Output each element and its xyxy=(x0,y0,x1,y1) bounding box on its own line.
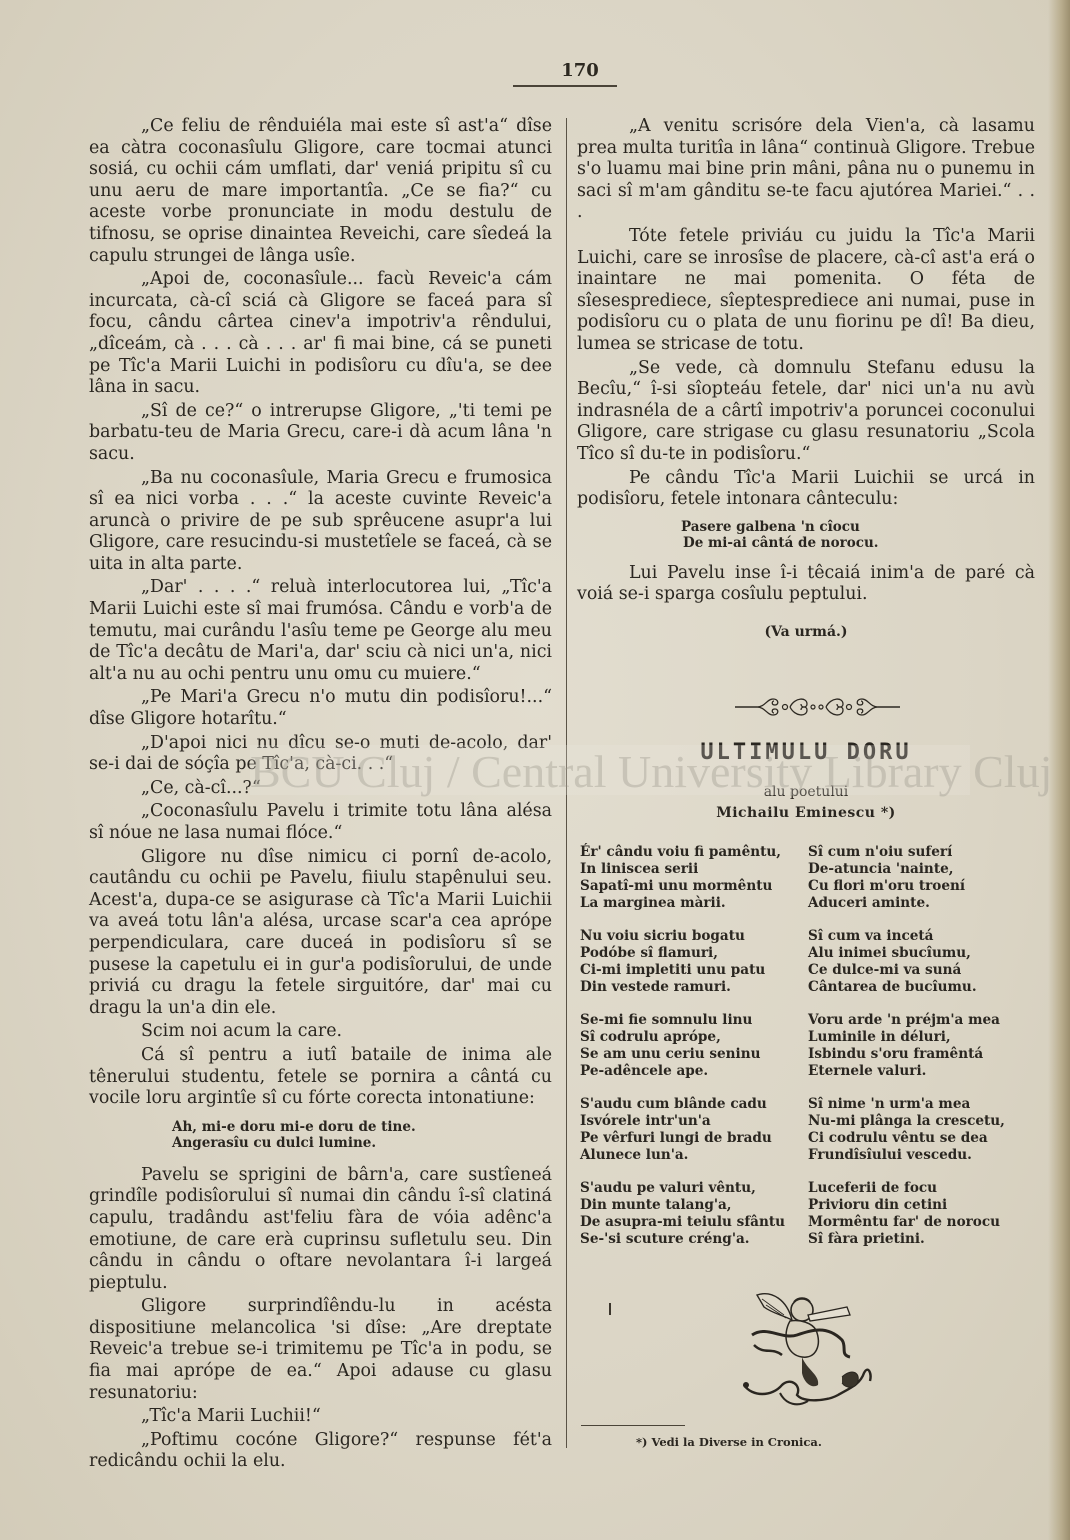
paragraph: „Dar' . . . .“ reluà interlocutorea lui,… xyxy=(89,577,552,685)
verse-line: Nu voiu sicriu bogatu xyxy=(580,928,808,945)
paragraph: Tóte fetele priviáu cu juidu la Tîc'a Ma… xyxy=(577,226,1035,356)
song-line: De mi-ai cântá de norocu. xyxy=(681,535,1035,551)
page-edge-shadow xyxy=(1048,0,1070,1540)
paragraph: „Se vede, cà domnulu Stefanu edusu la Be… xyxy=(577,358,1035,466)
left-column: „Ce feliu de rênduiéla mai este sî ast'a… xyxy=(89,116,552,1475)
song-line: Ah, mi-e doru mi-e doru de tine. xyxy=(172,1119,552,1135)
verse-line: Sî codrulu aprópe, xyxy=(580,1029,808,1046)
verse-line: Sî nime 'n urm'a mea xyxy=(808,1096,1036,1113)
verse-line: Din munte talang'a, xyxy=(580,1197,808,1214)
stanza: Se-mi fie somnulu linu Sî codrulu aprópe… xyxy=(580,1012,808,1080)
page-number-rule xyxy=(513,85,617,87)
paragraph: „D'apoi nici nu dîcu se-o muti de-acolo,… xyxy=(89,733,552,776)
stanza-row: Ér' cându voiu fi pamêntu, In liniscea s… xyxy=(580,844,1040,912)
scanned-page: 170 „Ce feliu de rênduiéla mai este sî a… xyxy=(0,0,1070,1540)
verse-line: Cu flori m'oru troení xyxy=(808,878,1036,895)
verse-line: Isvórele intr'un'a xyxy=(580,1113,808,1130)
stanza: Sî cum va incetá Alu inimei sbucîumu, Ce… xyxy=(808,928,1036,996)
verse-line: La marginea màrii. xyxy=(580,895,808,912)
scroll-ornament-icon xyxy=(735,693,900,721)
verse-line: Podóbe sî flamuri, xyxy=(580,945,808,962)
verse-line: Frundîsîului vescedu. xyxy=(808,1147,1036,1164)
verse-line: Se-'si scuture créng'a. xyxy=(580,1231,808,1248)
paragraph: Gligore surprindîêndu-lu in acésta dispo… xyxy=(89,1296,552,1404)
poem-stanzas: Ér' cându voiu fi pamêntu, In liniscea s… xyxy=(580,844,1040,1264)
paragraph: „Sî de ce?“ o intrerupse Gligore, „'ti t… xyxy=(89,401,552,466)
verse-line: Nu-mi plânga la crescetu, xyxy=(808,1113,1036,1130)
paragraph: „Ce, cà-cî...?“ xyxy=(89,778,552,800)
song-line: Angerasîu cu dulci lumine. xyxy=(172,1135,552,1151)
verse-line: Voru arde 'n préjm'a mea xyxy=(808,1012,1036,1029)
stanza-row: S'audu pe valuri vêntu, Din munte talang… xyxy=(580,1180,1040,1248)
verse-line: S'audu cum blânde cadu xyxy=(580,1096,808,1113)
song-line: Pasere galbena 'n cîocu xyxy=(681,519,1035,535)
stanza: S'audu cum blânde cadu Isvórele intr'un'… xyxy=(580,1096,808,1164)
cherub-trumpet-vignette-icon xyxy=(742,1285,892,1415)
verse-line: Sapatî-mi unu mormêntu xyxy=(580,878,808,895)
verse-line: Ci-mi impletiti unu patu xyxy=(580,962,808,979)
verse-line: Sî cum n'oiu suferí xyxy=(808,844,1036,861)
verse-line: Cântarea de bucîumu. xyxy=(808,979,1036,996)
verse-line: Pe-adêncele ape. xyxy=(580,1063,808,1080)
paragraph: Pavelu se sprigini de bârn'a, care sustî… xyxy=(89,1165,552,1295)
paragraph: „Ce feliu de rênduiéla mai este sî ast'a… xyxy=(89,116,552,267)
paragraph: „Ba nu coconasîule, Maria Grecu e frumos… xyxy=(89,468,552,576)
verse-line: Alu inimei sbucîumu, xyxy=(808,945,1036,962)
verse-line: Privioru din cetini xyxy=(808,1197,1036,1214)
song-quote: Pasere galbena 'n cîocu De mi-ai cântá d… xyxy=(577,519,1035,551)
paragraph: Gligore nu dîse nimicu ci pornî de-acolo… xyxy=(89,847,552,1020)
page-number: 170 xyxy=(540,60,620,81)
paragraph: Cá sî pentru a iutî bataile de inima ale… xyxy=(89,1045,552,1110)
stanza-row: S'audu cum blânde cadu Isvórele intr'un'… xyxy=(580,1096,1040,1164)
paragraph: „Coconasîulu Pavelu i trimite totu lâna … xyxy=(89,801,552,844)
stanza: Sî nime 'n urm'a mea Nu-mi plânga la cre… xyxy=(808,1096,1036,1164)
footnote: *) Vedi la Diverse in Cronica. xyxy=(636,1435,822,1449)
poem-author: Michailu Eminescu *) xyxy=(577,805,1035,821)
paragraph: Scim noi acum la care. xyxy=(89,1021,552,1043)
stanza: Sî cum n'oiu suferí De-atuncia 'nainte, … xyxy=(808,844,1036,912)
poem-subtitle: alu poetului xyxy=(577,784,1035,800)
verse-line: Sî cum va incetá xyxy=(808,928,1036,945)
verse-line: De-atuncia 'nainte, xyxy=(808,861,1036,878)
verse-line: Ér' cându voiu fi pamêntu, xyxy=(580,844,808,861)
stanza-row: Se-mi fie somnulu linu Sî codrulu aprópe… xyxy=(580,1012,1040,1080)
verse-line: Mormêntu far' de norocu xyxy=(808,1214,1036,1231)
stanza: Voru arde 'n préjm'a mea Luminile in dél… xyxy=(808,1012,1036,1080)
print-mark xyxy=(609,1303,611,1315)
paragraph: Pe cându Tîc'a Marii Luichii se urcá in … xyxy=(577,468,1035,511)
song-quote: Ah, mi-e doru mi-e doru de tine. Angeras… xyxy=(89,1119,552,1151)
paragraph: „A venitu scrisóre dela Vien'a, cà lasam… xyxy=(577,116,1035,224)
poem-title: ULTIMULU DORU xyxy=(577,740,1035,765)
paragraph: „Apoi de, coconasîule... facù Reveic'a c… xyxy=(89,269,552,399)
stanza: S'audu pe valuri vêntu, Din munte talang… xyxy=(580,1180,808,1248)
verse-line: Eternele valuri. xyxy=(808,1063,1036,1080)
verse-line: Din vestede ramuri. xyxy=(580,979,808,996)
verse-line: Aduceri aminte. xyxy=(808,895,1036,912)
verse-line: Luminile in déluri, xyxy=(808,1029,1036,1046)
verse-line: Pe vêrfuri lungi de bradu xyxy=(580,1130,808,1147)
column-divider xyxy=(566,118,567,1448)
paragraph: Lui Pavelu inse î-i têcaiá inim'a de par… xyxy=(577,563,1035,606)
verse-line: De asupra-mi teiulu sfântu xyxy=(580,1214,808,1231)
verse-line: Ci codrulu vêntu se dea xyxy=(808,1130,1036,1147)
verse-line: Luceferii de focu xyxy=(808,1180,1036,1197)
paragraph: „Tîc'a Marii Luchii!“ xyxy=(89,1406,552,1428)
verse-line: Alunece lun'a. xyxy=(580,1147,808,1164)
stanza: Luceferii de focu Privioru din cetini Mo… xyxy=(808,1180,1036,1248)
stanza: Nu voiu sicriu bogatu Podóbe sî flamuri,… xyxy=(580,928,808,996)
stanza-row: Nu voiu sicriu bogatu Podóbe sî flamuri,… xyxy=(580,928,1040,996)
verse-line: S'audu pe valuri vêntu, xyxy=(580,1180,808,1197)
verse-line: Se-mi fie somnulu linu xyxy=(580,1012,808,1029)
verse-line: Ce dulce-mi va suná xyxy=(808,962,1036,979)
verse-line: In liniscea serii xyxy=(580,861,808,878)
footnote-rule xyxy=(581,1425,685,1426)
continuation-note: (Va urmá.) xyxy=(577,622,1035,644)
paragraph: „Poftimu cocóne Gligore?“ respunse fét'a… xyxy=(89,1430,552,1473)
paragraph: „Pe Mari'a Grecu n'o mutu din podisîoru!… xyxy=(89,687,552,730)
stanza: Ér' cându voiu fi pamêntu, In liniscea s… xyxy=(580,844,808,912)
verse-line: Se am unu ceriu seninu xyxy=(580,1046,808,1063)
verse-line: Sî fàra prietini. xyxy=(808,1231,1036,1248)
right-column: „A venitu scrisóre dela Vien'a, cà lasam… xyxy=(577,116,1035,643)
verse-line: Isbindu s'oru framêntá xyxy=(808,1046,1036,1063)
